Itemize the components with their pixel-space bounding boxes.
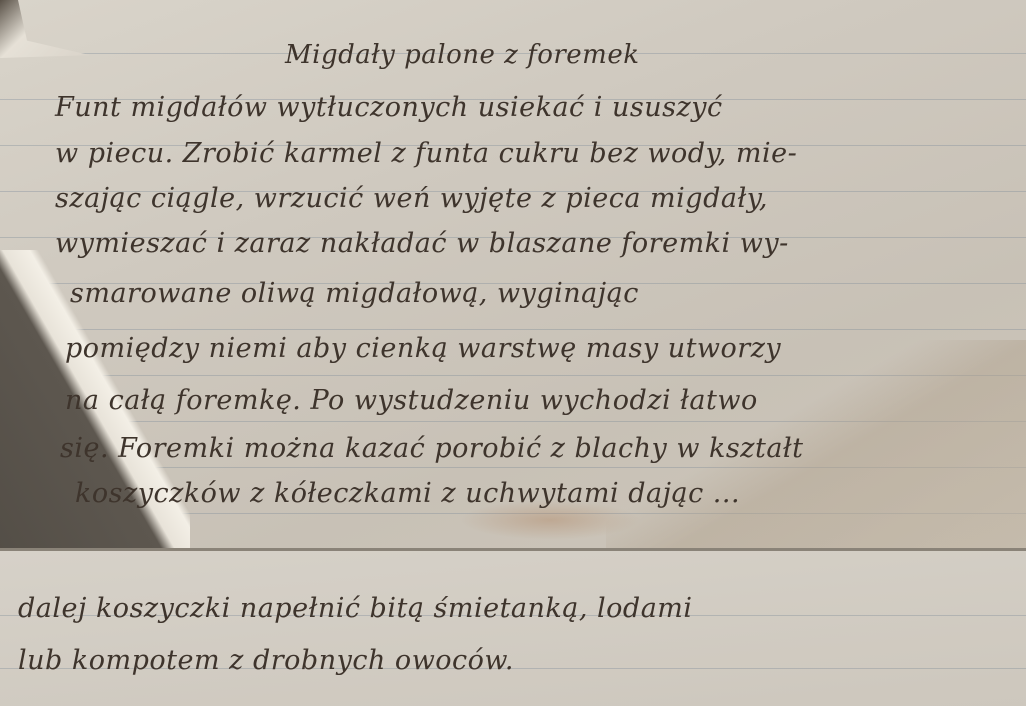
handwritten-line: smarowane oliwą migdałową, wyginając	[70, 278, 639, 309]
handwritten-line: wymieszać i zaraz nakładać w blaszane fo…	[55, 228, 789, 259]
notebook-page-top: Migdały palone z foremek Funt migdałów w…	[0, 0, 1026, 548]
handwritten-line: lub kompotem z drobnych owoców.	[18, 645, 514, 676]
handwritten-line: w piecu. Zrobić karmel z funta cukru bez…	[55, 138, 797, 169]
recipe-title: Migdały palone z foremek	[285, 40, 639, 70]
torn-corner	[0, 0, 90, 58]
handwritten-line: na całą foremkę. Po wystudzeniu wychodzi…	[65, 385, 758, 416]
handwritten-line: koszyczków z kółeczkami z uchwytami dają…	[75, 478, 740, 509]
photo-frame: Migdały palone z foremek Funt migdałów w…	[0, 0, 1026, 706]
handwritten-line: Funt migdałów wytłuczonych usiekać i usu…	[55, 92, 723, 123]
handwritten-line: się. Foremki można kazać porobić z blach…	[60, 433, 804, 464]
handwritten-line: dalej koszyczki napełnić bitą śmietanką,…	[18, 593, 693, 624]
handwritten-line: pomiędzy niemi aby cienką warstwę masy u…	[65, 333, 781, 364]
notebook-page-bottom: dalej koszyczki napełnić bitą śmietanką,…	[0, 548, 1026, 706]
handwritten-line: szając ciągle, wrzucić weń wyjęte z piec…	[55, 183, 768, 214]
